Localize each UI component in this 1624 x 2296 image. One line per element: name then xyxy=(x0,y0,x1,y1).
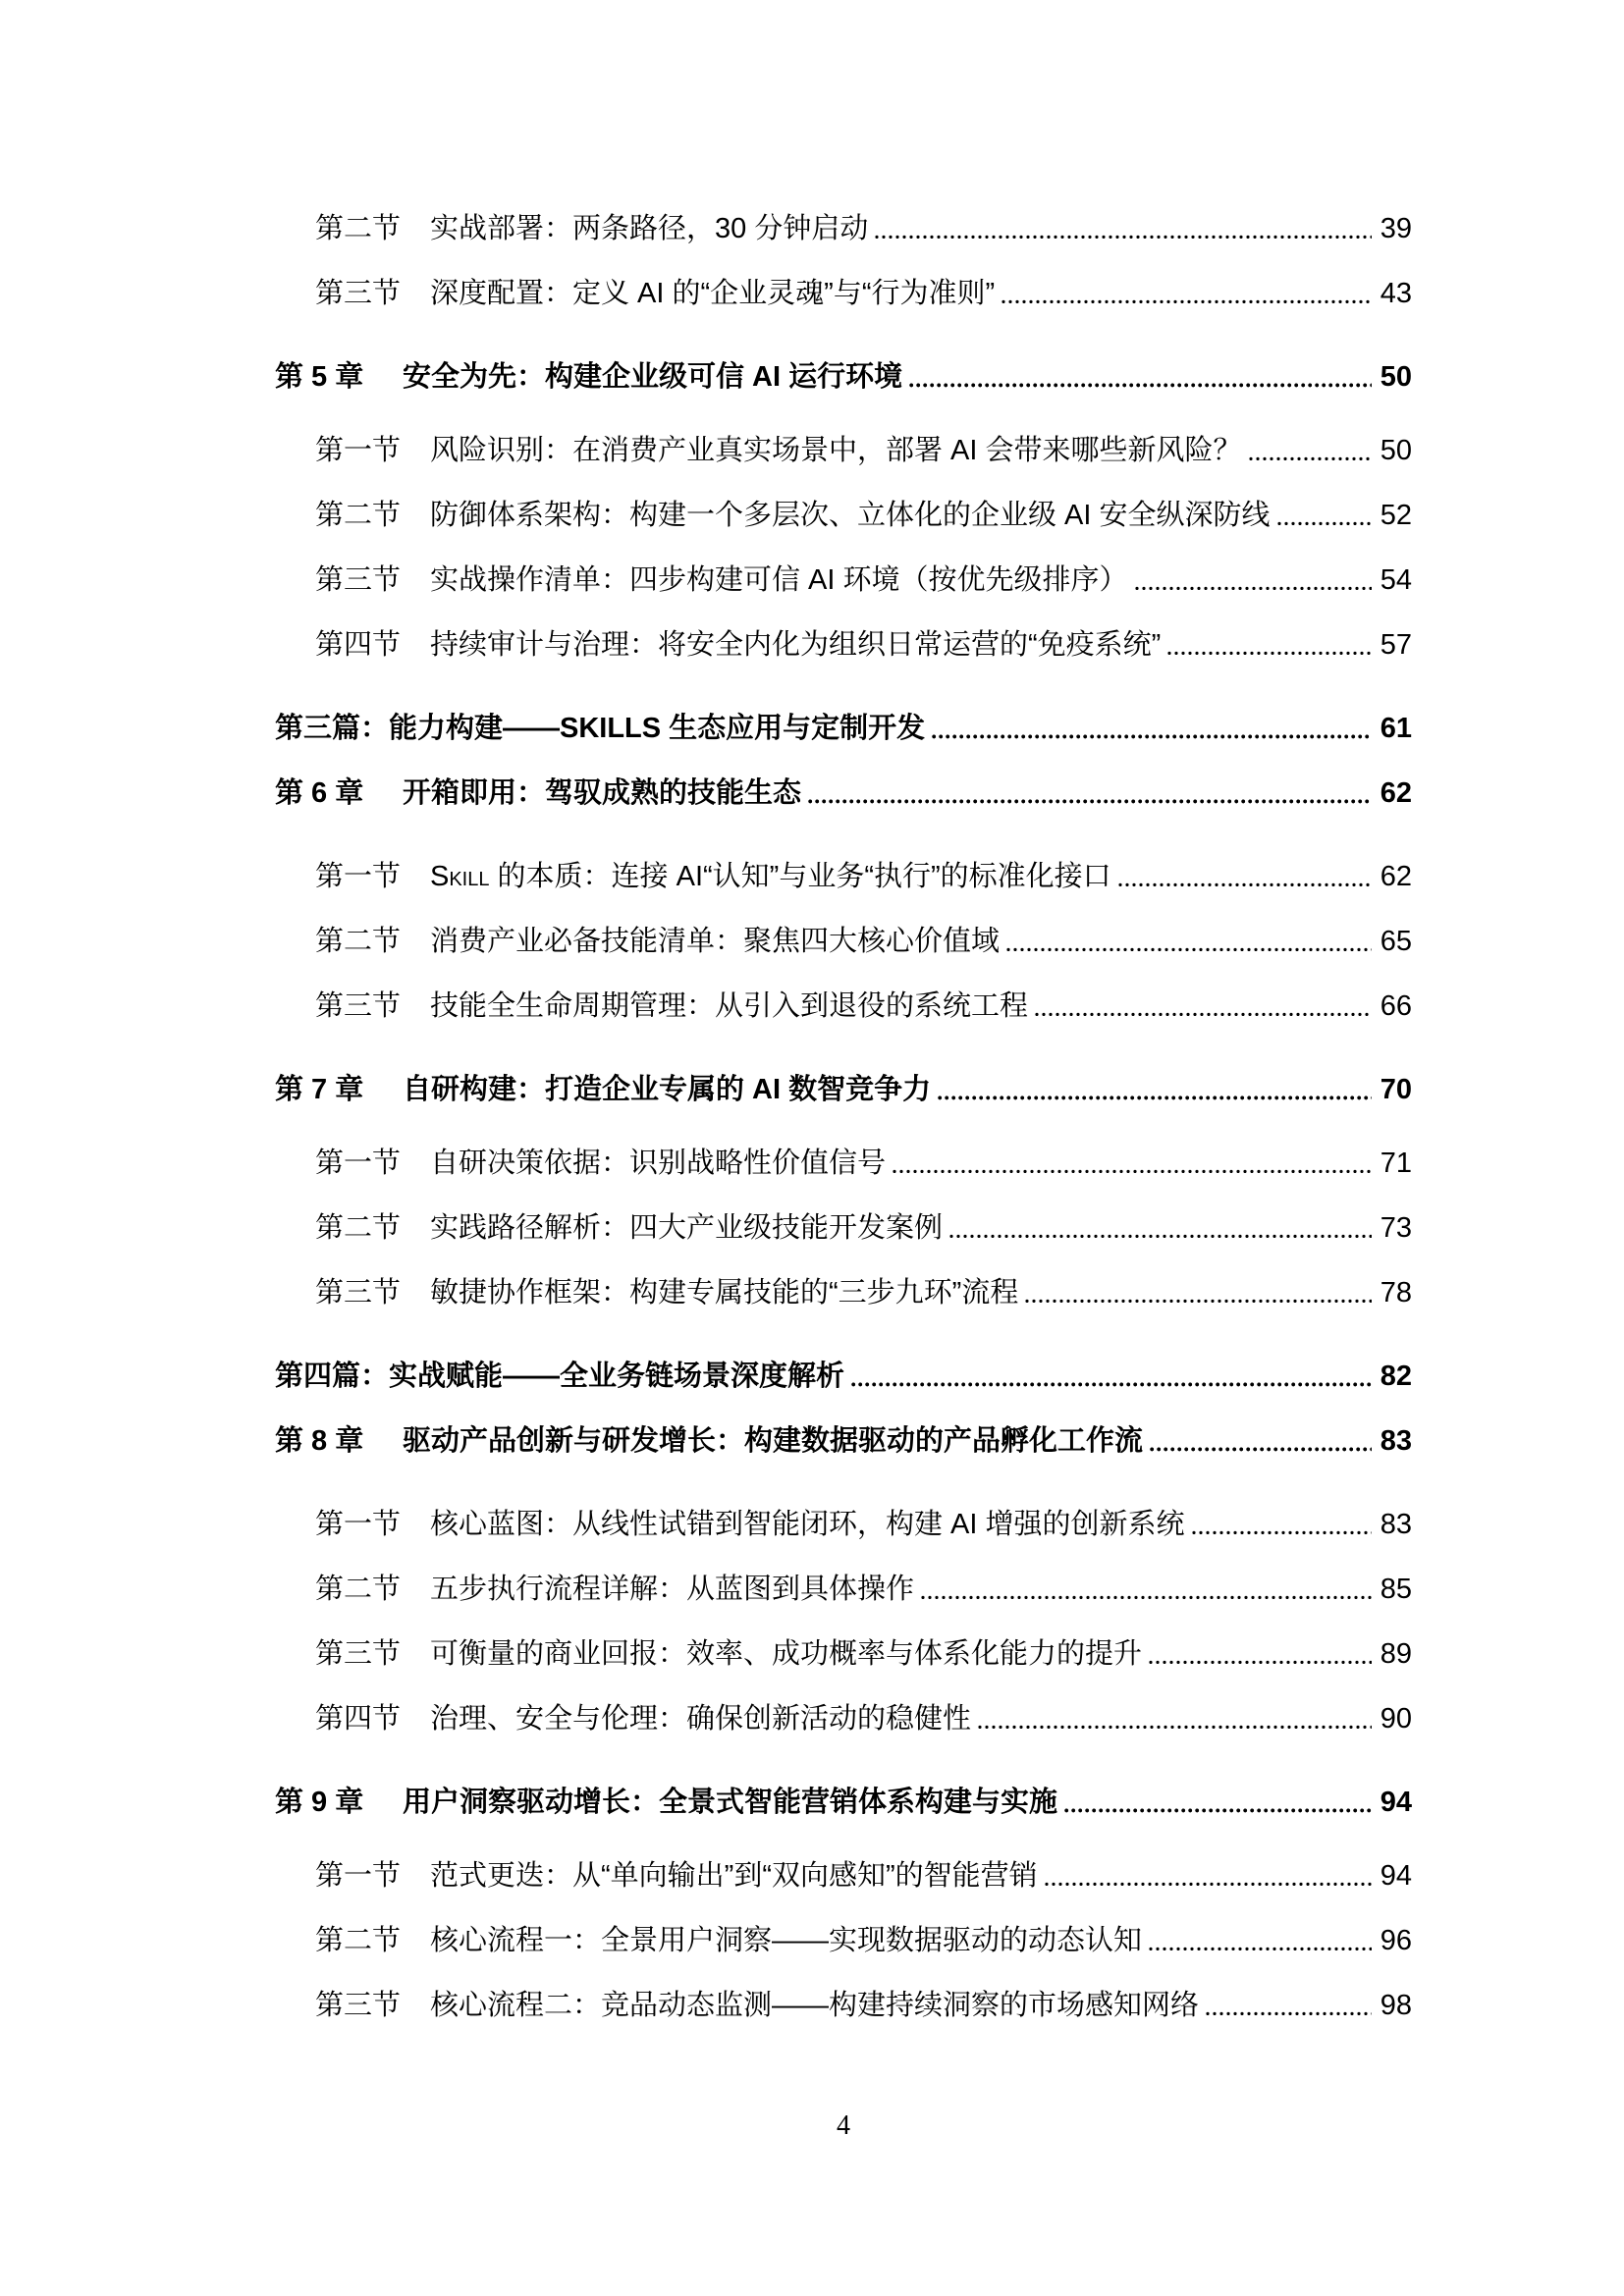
dot-leader xyxy=(1192,1530,1372,1535)
toc-entry-section[interactable]: 第二节五步执行流程详解：从蓝图到具体操作85 xyxy=(275,1575,1412,1604)
entry-number: 第四节 xyxy=(315,630,430,660)
entry-page-number: 94 xyxy=(1380,1861,1412,1891)
toc-entry-section[interactable]: 第三节敏捷协作框架：构建专属技能的“三步九环”流程78 xyxy=(275,1278,1412,1308)
toc-entry-section[interactable]: 第一节自研决策依据：识别战略性价值信号71 xyxy=(275,1148,1412,1178)
toc-entry-section[interactable]: 第一节风险识别：在消费产业真实场景中，部署 AI 会带来哪些新风险？50 xyxy=(275,436,1412,465)
entry-number: 第一节 xyxy=(315,1510,430,1539)
entry-page-number: 70 xyxy=(1380,1075,1412,1104)
toc-entry-section[interactable]: 第一节Skill 的本质：连接 AI“认知”与业务“执行”的标准化接口62 xyxy=(275,862,1412,891)
toc-entry-chapter[interactable]: 第 9 章用户洞察驱动增长：全景式智能营销体系构建与实施94 xyxy=(275,1788,1412,1817)
entry-number: 第二节 xyxy=(315,927,430,956)
dot-leader xyxy=(1149,1947,1372,1951)
toc-entry-section[interactable]: 第三节实战操作清单：四步构建可信 AI 环境（按优先级排序）54 xyxy=(275,565,1412,595)
toc-entry-section[interactable]: 第四节治理、安全与伦理：确保创新活动的稳健性90 xyxy=(275,1704,1412,1734)
entry-title: 自研构建：打造企业专属的 AI 数智竞争力 xyxy=(403,1075,931,1104)
dot-leader xyxy=(1277,521,1372,526)
toc-entry-chapter[interactable]: 第 7 章自研构建：打造企业专属的 AI 数智竞争力70 xyxy=(275,1075,1412,1104)
dot-leader xyxy=(1064,1808,1372,1813)
entry-number: 第二节 xyxy=(315,501,430,530)
dot-leader xyxy=(1135,586,1372,591)
entry-number: 第二节 xyxy=(315,1213,430,1243)
entry-title: 敏捷协作框架：构建专属技能的“三步九环”流程 xyxy=(430,1278,1018,1308)
dot-leader xyxy=(1206,2011,1372,2016)
entry-title: 核心蓝图：从线性试错到智能闭环，构建 AI 增强的创新系统 xyxy=(430,1510,1185,1539)
entry-title: 安全为先：构建企业级可信 AI 运行环境 xyxy=(403,362,902,392)
entry-number: 第三节 xyxy=(315,991,430,1021)
toc-entry-section[interactable]: 第二节消费产业必备技能清单：聚焦四大核心价值域65 xyxy=(275,927,1412,956)
toc-entry-section[interactable]: 第二节核心流程一：全景用户洞察——实现数据驱动的动态认知96 xyxy=(275,1926,1412,1955)
dot-leader xyxy=(1118,882,1372,887)
toc-entry-section[interactable]: 第三节技能全生命周期管理：从引入到退役的系统工程66 xyxy=(275,991,1412,1021)
entry-page-number: 50 xyxy=(1380,362,1412,392)
dot-leader xyxy=(921,1595,1372,1600)
entry-number: 第 6 章 xyxy=(275,778,403,808)
entry-page-number: 82 xyxy=(1380,1362,1412,1391)
entry-page-number: 85 xyxy=(1380,1575,1412,1604)
dot-leader xyxy=(938,1095,1372,1100)
toc-entry-part[interactable]: 第四篇：实战赋能——全业务链场景深度解析82 xyxy=(275,1362,1412,1391)
entry-page-number: 98 xyxy=(1380,1991,1412,2020)
entry-number: 第 9 章 xyxy=(275,1788,403,1817)
entry-page-number: 71 xyxy=(1380,1148,1412,1178)
entry-number: 第三节 xyxy=(315,279,430,308)
entry-number: 第三节 xyxy=(315,1991,430,2020)
entry-page-number: 57 xyxy=(1380,630,1412,660)
toc-entry-section[interactable]: 第三节可衡量的商业回报：效率、成功概率与体系化能力的提升89 xyxy=(275,1639,1412,1669)
entry-title: 深度配置：定义 AI 的“企业灵魂”与“行为准则” xyxy=(430,279,995,308)
entry-number: 第二节 xyxy=(315,1926,430,1955)
entry-title: 核心流程一：全景用户洞察——实现数据驱动的动态认知 xyxy=(430,1926,1142,1955)
toc-entry-section[interactable]: 第三节深度配置：定义 AI 的“企业灵魂”与“行为准则”43 xyxy=(275,279,1412,308)
entry-title: 技能全生命周期管理：从引入到退役的系统工程 xyxy=(430,991,1028,1021)
dot-leader xyxy=(1167,651,1371,656)
dot-leader xyxy=(1249,456,1372,461)
entry-page-number: 83 xyxy=(1380,1426,1412,1456)
dot-leader xyxy=(978,1725,1372,1730)
entry-title: 第四篇：实战赋能——全业务链场景深度解析 xyxy=(275,1362,844,1391)
toc-entry-chapter[interactable]: 第 8 章驱动产品创新与研发增长：构建数据驱动的产品孵化工作流83 xyxy=(275,1426,1412,1456)
entry-page-number: 39 xyxy=(1380,214,1412,243)
toc-entry-section[interactable]: 第二节实践路径解析：四大产业级技能开发案例73 xyxy=(275,1213,1412,1243)
entry-page-number: 54 xyxy=(1380,565,1412,595)
entry-title: 实践路径解析：四大产业级技能开发案例 xyxy=(430,1213,943,1243)
entry-page-number: 62 xyxy=(1380,778,1412,808)
entry-page-number: 62 xyxy=(1380,862,1412,891)
toc-entry-section[interactable]: 第四节持续审计与治理：将安全内化为组织日常运营的“免疫系统”57 xyxy=(275,630,1412,660)
entry-number: 第四节 xyxy=(315,1704,430,1734)
entry-number: 第 5 章 xyxy=(275,362,403,392)
entry-title: 防御体系架构：构建一个多层次、立体化的企业级 AI 安全纵深防线 xyxy=(430,501,1271,530)
dot-leader xyxy=(1045,1882,1372,1887)
entry-page-number: 66 xyxy=(1380,991,1412,1021)
entry-title: 消费产业必备技能清单：聚焦四大核心价值域 xyxy=(430,927,1000,956)
dot-leader xyxy=(1149,1660,1372,1665)
dot-leader xyxy=(1001,299,1372,304)
toc-entry-section[interactable]: 第二节防御体系架构：构建一个多层次、立体化的企业级 AI 安全纵深防线52 xyxy=(275,501,1412,530)
entry-title: 驱动产品创新与研发增长：构建数据驱动的产品孵化工作流 xyxy=(403,1426,1143,1456)
toc-entry-chapter[interactable]: 第 6 章开箱即用：驾驭成熟的技能生态62 xyxy=(275,778,1412,808)
dot-leader xyxy=(932,734,1372,739)
entry-title: 五步执行流程详解：从蓝图到具体操作 xyxy=(430,1575,914,1604)
entry-title: 风险识别：在消费产业真实场景中，部署 AI 会带来哪些新风险？ xyxy=(430,436,1242,465)
toc-list: 第二节实战部署：两条路径，30 分钟启动39第三节深度配置：定义 AI 的“企业… xyxy=(275,214,1412,2020)
entry-page-number: 78 xyxy=(1380,1278,1412,1308)
footer-page-number: 4 xyxy=(275,2110,1412,2142)
toc-entry-section[interactable]: 第三节核心流程二：竞品动态监测——构建持续洞察的市场感知网络98 xyxy=(275,1991,1412,2020)
entry-title: 实战部署：两条路径，30 分钟启动 xyxy=(430,214,868,243)
entry-page-number: 73 xyxy=(1380,1213,1412,1243)
entry-page-number: 50 xyxy=(1380,436,1412,465)
dot-leader xyxy=(1035,1012,1372,1017)
entry-number: 第一节 xyxy=(315,862,430,891)
dot-leader xyxy=(1006,947,1372,952)
entry-page-number: 90 xyxy=(1380,1704,1412,1734)
entry-title: 第三篇：能力构建——SKILLS 生态应用与定制开发 xyxy=(275,714,925,743)
entry-number: 第三节 xyxy=(315,1278,430,1308)
entry-title: 实战操作清单：四步构建可信 AI 环境（按优先级排序） xyxy=(430,565,1128,595)
toc-entry-part[interactable]: 第三篇：能力构建——SKILLS 生态应用与定制开发61 xyxy=(275,714,1412,743)
entry-title: 用户洞察驱动增长：全景式智能营销体系构建与实施 xyxy=(403,1788,1057,1817)
dot-leader xyxy=(808,799,1372,804)
dot-leader xyxy=(851,1382,1372,1387)
dot-leader xyxy=(893,1169,1372,1174)
dot-leader xyxy=(909,383,1372,388)
entry-number: 第 8 章 xyxy=(275,1426,403,1456)
entry-number: 第三节 xyxy=(315,565,430,595)
entry-number: 第一节 xyxy=(315,1861,430,1891)
toc-entry-section[interactable]: 第二节实战部署：两条路径，30 分钟启动39 xyxy=(275,214,1412,243)
entry-title: 自研决策依据：识别战略性价值信号 xyxy=(430,1148,886,1178)
entry-page-number: 83 xyxy=(1380,1510,1412,1539)
toc-entry-section[interactable]: 第一节范式更迭：从“单向输出”到“双向感知”的智能营销94 xyxy=(275,1861,1412,1891)
dot-leader xyxy=(1150,1447,1372,1452)
entry-number: 第一节 xyxy=(315,1148,430,1178)
entry-page-number: 43 xyxy=(1380,279,1412,308)
entry-number: 第二节 xyxy=(315,214,430,243)
entry-number: 第二节 xyxy=(315,1575,430,1604)
entry-title: 核心流程二：竞品动态监测——构建持续洞察的市场感知网络 xyxy=(430,1991,1199,2020)
toc-entry-chapter[interactable]: 第 5 章安全为先：构建企业级可信 AI 运行环境50 xyxy=(275,362,1412,392)
dot-leader xyxy=(875,235,1371,240)
entry-title: 范式更迭：从“单向输出”到“双向感知”的智能营销 xyxy=(430,1861,1038,1891)
entry-number: 第三节 xyxy=(315,1639,430,1669)
dot-leader xyxy=(949,1234,1372,1239)
entry-title: Skill 的本质：连接 AI“认知”与业务“执行”的标准化接口 xyxy=(430,862,1111,891)
entry-page-number: 94 xyxy=(1380,1788,1412,1817)
entry-page-number: 96 xyxy=(1380,1926,1412,1955)
dot-leader xyxy=(1025,1299,1371,1304)
entry-title: 可衡量的商业回报：效率、成功概率与体系化能力的提升 xyxy=(430,1639,1142,1669)
entry-number: 第 7 章 xyxy=(275,1075,403,1104)
entry-page-number: 61 xyxy=(1380,714,1412,743)
document-page: 第二节实战部署：两条路径，30 分钟启动39第三节深度配置：定义 AI 的“企业… xyxy=(0,0,1624,2296)
entry-page-number: 52 xyxy=(1380,501,1412,530)
entry-number: 第一节 xyxy=(315,436,430,465)
entry-title: 开箱即用：驾驭成熟的技能生态 xyxy=(403,778,801,808)
entry-page-number: 65 xyxy=(1380,927,1412,956)
entry-page-number: 89 xyxy=(1380,1639,1412,1669)
entry-title: 持续审计与治理：将安全内化为组织日常运营的“免疫系统” xyxy=(430,630,1161,660)
entry-title: 治理、安全与伦理：确保创新活动的稳健性 xyxy=(430,1704,971,1734)
toc-entry-section[interactable]: 第一节核心蓝图：从线性试错到智能闭环，构建 AI 增强的创新系统83 xyxy=(275,1510,1412,1539)
